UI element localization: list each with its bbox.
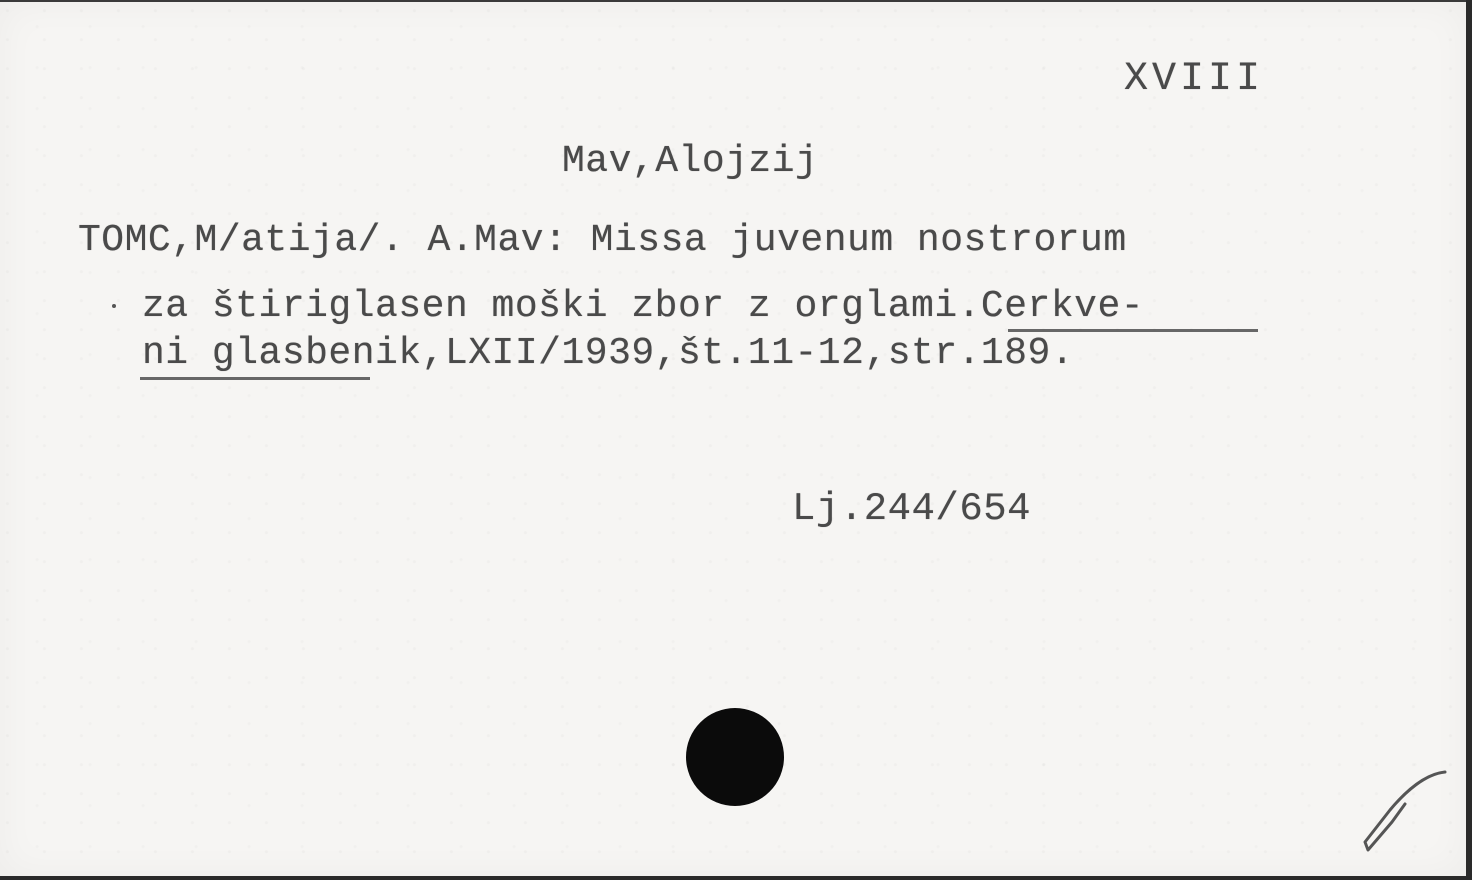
stray-dot bbox=[112, 304, 116, 308]
entry-line-3: ni glasbenik,LXII/1939,št.11-12,str.189. bbox=[142, 335, 1074, 373]
author-heading: Mav,Alojzij bbox=[562, 143, 818, 181]
call-number: Lj.244/654 bbox=[792, 490, 1031, 529]
card-edge-bottom bbox=[0, 876, 1472, 880]
punch-hole bbox=[686, 708, 784, 806]
sheet-number: XVIII bbox=[1124, 60, 1264, 100]
catalog-card: XVIII Mav,Alojzij TOMC,M/atija/. A.Mav: … bbox=[0, 2, 1466, 876]
card-edge-right bbox=[1466, 0, 1472, 880]
underline-journal-title bbox=[140, 377, 370, 380]
entry-line-2: za štiriglasen moški zbor z orglami.Cerk… bbox=[142, 288, 1144, 326]
underline-journal-title-continued bbox=[1008, 329, 1258, 332]
entry-line-1: TOMC,M/atija/. A.Mav: Missa juvenum nost… bbox=[78, 222, 1127, 260]
check-mark-icon bbox=[1350, 762, 1460, 862]
